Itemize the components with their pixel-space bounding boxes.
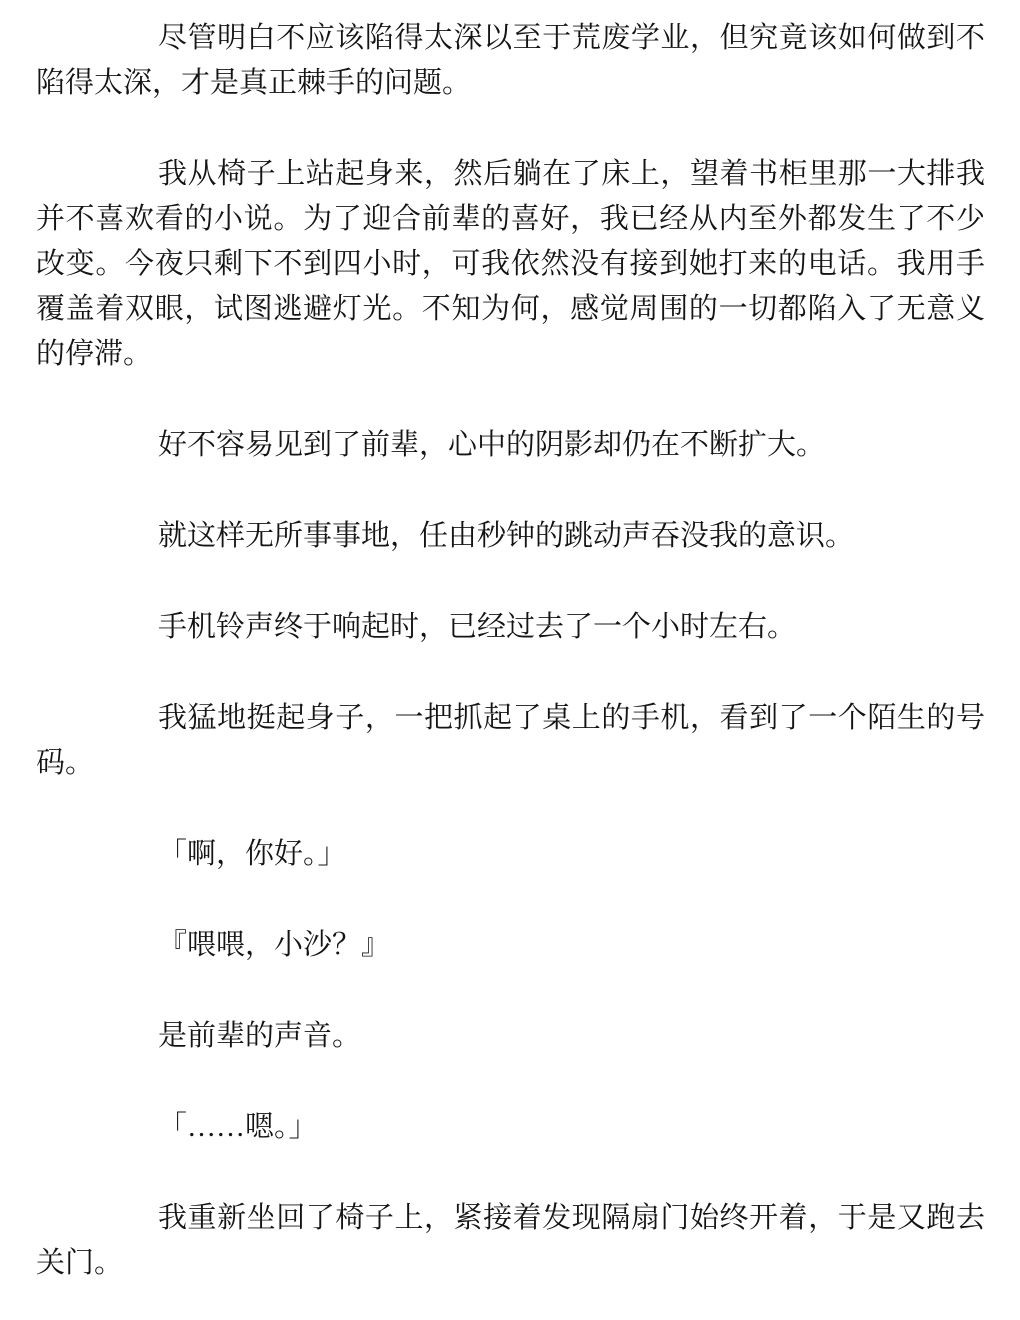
text-line: 是前辈的声音。: [36, 1014, 985, 1059]
novel-page: 尽管明白不应该陷得太深以至于荒废学业，但究竟该如何做到不陷得太深，才是真正棘手的…: [0, 0, 1020, 1320]
text-line: 「……嗯。」: [36, 1105, 985, 1150]
paragraph: 『喂喂，小沙？』: [36, 923, 985, 968]
text-line: 尽管明白不应该陷得太深以至于荒废学业，但究竟该如何做到不: [36, 16, 985, 61]
text-line: 覆盖着双眼，试图逃避灯光。不知为何，感觉周围的一切都陷入了无意义: [36, 287, 985, 332]
text-line: 就这样无所事事地，任由秒钟的跳动声吞没我的意识。: [36, 514, 985, 559]
paragraph: 是前辈的声音。: [36, 1014, 985, 1059]
paragraph: 「……嗯。」: [36, 1105, 985, 1150]
text-line: 我重新坐回了椅子上，紧接着发现隔扇门始终开着，于是又跑去: [36, 1196, 985, 1241]
text-line: 「啊，你好。」: [36, 832, 985, 877]
text-line: 码。: [36, 741, 985, 786]
text-line: 我从椅子上站起身来，然后躺在了床上，望着书柜里那一大排我: [36, 152, 985, 197]
text-line: 好不容易见到了前辈，心中的阴影却仍在不断扩大。: [36, 423, 985, 468]
paragraph: 就这样无所事事地，任由秒钟的跳动声吞没我的意识。: [36, 514, 985, 559]
text-line: 关门。: [36, 1241, 985, 1286]
text-content: 尽管明白不应该陷得太深以至于荒废学业，但究竟该如何做到不陷得太深，才是真正棘手的…: [36, 16, 985, 1286]
text-line: 陷得太深，才是真正棘手的问题。: [36, 61, 985, 106]
text-line: 并不喜欢看的小说。为了迎合前辈的喜好，我已经从内至外都发生了不少: [36, 197, 985, 242]
text-line: 的停滞。: [36, 332, 985, 377]
paragraph: 尽管明白不应该陷得太深以至于荒废学业，但究竟该如何做到不陷得太深，才是真正棘手的…: [36, 16, 985, 106]
text-line: 改变。今夜只剩下不到四小时，可我依然没有接到她打来的电话。我用手: [36, 242, 985, 287]
paragraph: 好不容易见到了前辈，心中的阴影却仍在不断扩大。: [36, 423, 985, 468]
text-line: 我猛地挺起身子，一把抓起了桌上的手机，看到了一个陌生的号: [36, 696, 985, 741]
text-line: 『喂喂，小沙？』: [36, 923, 985, 968]
paragraph: 我猛地挺起身子，一把抓起了桌上的手机，看到了一个陌生的号码。: [36, 696, 985, 786]
text-line: 手机铃声终于响起时，已经过去了一个小时左右。: [36, 605, 985, 650]
paragraph: 我从椅子上站起身来，然后躺在了床上，望着书柜里那一大排我并不喜欢看的小说。为了迎…: [36, 152, 985, 377]
paragraph: 手机铃声终于响起时，已经过去了一个小时左右。: [36, 605, 985, 650]
paragraph: 我重新坐回了椅子上，紧接着发现隔扇门始终开着，于是又跑去关门。: [36, 1196, 985, 1286]
paragraph: 「啊，你好。」: [36, 832, 985, 877]
